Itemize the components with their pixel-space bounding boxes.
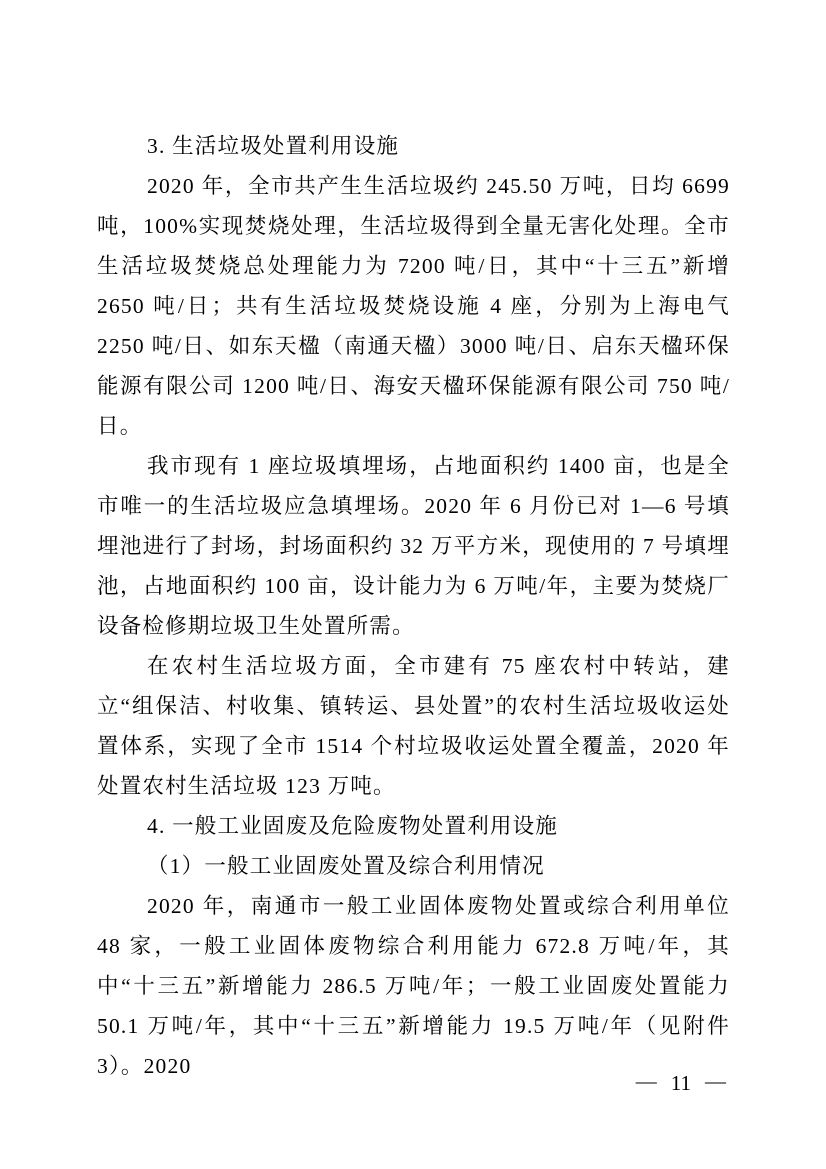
page-number: 11 [671,1068,691,1098]
paragraph-waste-overview: 2020 年，全市共产生生活垃圾约 245.50 万吨，日均 6699 吨，10… [97,166,730,446]
paragraph-rural-waste: 在农村生活垃圾方面，全市建有 75 座农村中转站，建立“组保洁、村收集、镇转运、… [97,646,730,806]
paragraph-landfill: 我市现有 1 座垃圾填埋场，占地面积约 1400 亩，也是全市唯一的生活垃圾应急… [97,446,730,646]
section-heading-household-waste: 3. 生活垃圾处置利用设施 [97,126,730,166]
document-body: 3. 生活垃圾处置利用设施 2020 年，全市共产生生活垃圾约 245.50 万… [97,126,730,1086]
page-footer: — 11 — [636,1068,726,1098]
subsection-heading-industrial-solid-waste: （1）一般工业固废处置及综合利用情况 [97,846,730,886]
footer-right-dash: — [705,1066,726,1096]
section-heading-industrial-waste: 4. 一般工业固废及危险废物处置利用设施 [97,806,730,846]
paragraph-industrial-waste: 2020 年，南通市一般工业固体废物处置或综合利用单位 48 家，一般工业固体废… [97,886,730,1086]
footer-left-dash: — [636,1066,657,1096]
document-page: 3. 生活垃圾处置利用设施 2020 年，全市共产生生活垃圾约 245.50 万… [0,0,826,1169]
